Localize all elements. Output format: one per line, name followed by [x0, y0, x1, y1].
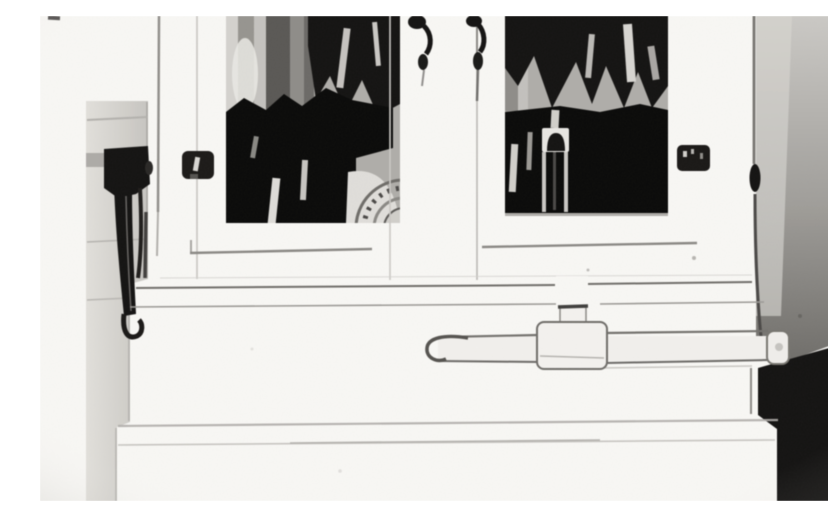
vignette [40, 16, 828, 501]
photograph [40, 16, 828, 501]
